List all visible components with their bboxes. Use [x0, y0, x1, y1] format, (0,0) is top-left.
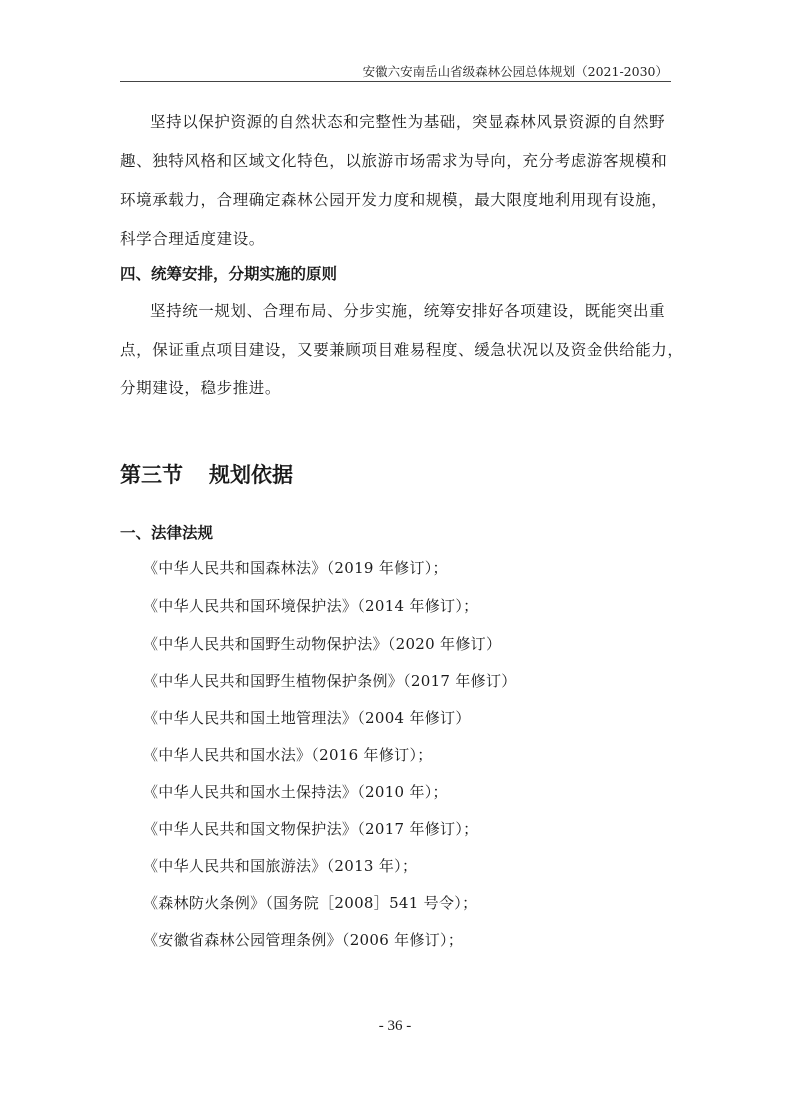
law-item: 《中华人民共和国环境保护法》（2014 年修订）； [143, 595, 478, 616]
law-item: 《中华人民共和国旅游法》（2013 年）； [143, 855, 417, 876]
header-divider [120, 81, 671, 82]
law-item: 《中华人民共和国森林法》（2019 年修订）； [143, 557, 448, 578]
law-item: 《中华人民共和国野生植物保护条例》（2017 年修订） [143, 670, 517, 691]
paragraph-line: 分期建设，稳步推进。 [120, 376, 672, 398]
principle-heading: 四、统筹安排，分期实施的原则 [120, 262, 337, 284]
paragraph-line: 坚持以保护资源的自然状态和完整性为基础，突显森林风景资源的自然野 [150, 110, 702, 132]
law-item: 《中华人民共和国土地管理法》（2004 年修订） [143, 707, 471, 728]
paragraph-line: 点，保证重点项目建设，又要兼顾项目难易程度、缓急状况以及资金供给能力， [120, 338, 672, 360]
law-item: 《中华人民共和国水法》（2016 年修订）； [143, 744, 433, 765]
document-title: 安徽六安南岳山省级森林公园总体规划（2021-2030） [363, 62, 668, 80]
paragraph-line: 环境承载力，合理确定森林公园开发力度和规模，最大限度地利用现有设施， [120, 188, 672, 210]
page-number: - 36 - [0, 1018, 790, 1035]
law-item: 《中华人民共和国野生动物保护法》（2020 年修订） [143, 633, 501, 654]
paragraph-line: 趣、独特风格和区域文化特色，以旅游市场需求为导向，充分考虑游客规模和 [120, 149, 672, 171]
law-item: 《中华人民共和国水土保持法》（2010 年）； [143, 781, 448, 802]
section-title: 规划依据 [209, 463, 293, 487]
paragraph-line: 科学合理适度建设。 [120, 227, 672, 249]
law-item: 《森林防火条例》（国务院［2008］541 号令）； [143, 892, 477, 913]
subsection-heading: 一、法律法规 [120, 521, 213, 543]
paragraph-line: 坚持统一规划、合理布局、分步实施，统筹安排好各项建设，既能突出重 [150, 299, 702, 321]
section-heading: 第三节规划依据 [120, 459, 293, 489]
law-item: 《安徽省森林公园管理条例》（2006 年修订）； [143, 929, 463, 950]
section-number: 第三节 [120, 463, 183, 487]
law-item: 《中华人民共和国文物保护法》（2017 年修订）； [143, 818, 478, 839]
